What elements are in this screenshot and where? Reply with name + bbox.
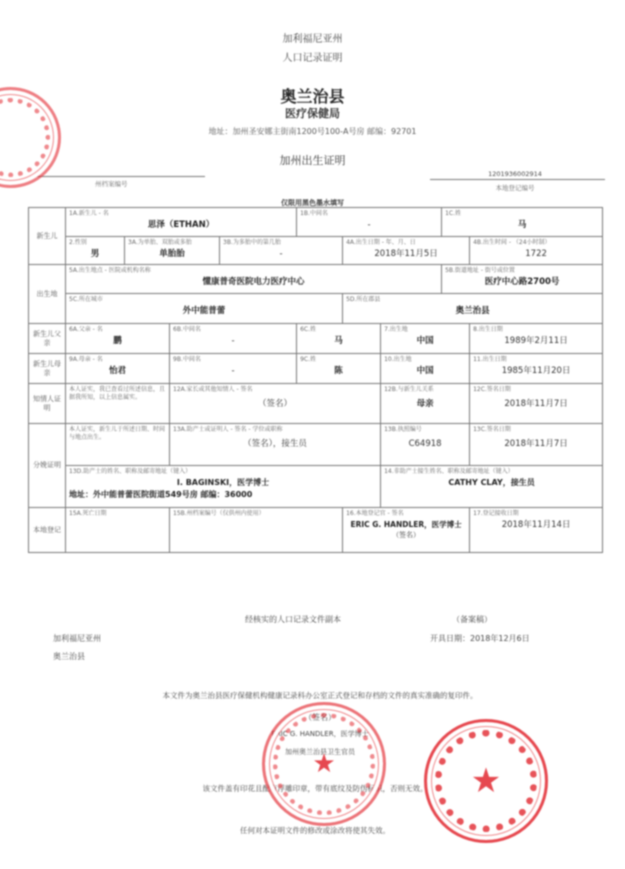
cell-attendant-signature: 13A.助产士或证明人 - 签名 - 学位或职称 （签名），接生员 [170, 424, 381, 466]
star-icon: ★ [312, 751, 335, 777]
footer-state: 加利福尼亚州 [53, 633, 101, 644]
cell-father-dob: 8.出生日期 1989年2月11日 [470, 324, 603, 354]
cell-father-first-name: 6A.父亲 - 名 鹏 [66, 324, 170, 354]
alteration-warning: 任何对本证明文件的修改或涂改将使其失效。 [150, 825, 480, 836]
cell-mother-middle-name: 9B.中间名 - [170, 354, 297, 384]
cell-registration-date: 17.登记接收日期 2018年11月14日 [470, 508, 603, 553]
cell-death-date: 15A.死亡日期 [66, 508, 170, 553]
cell-registrar-signature: 16.本地登记官 - 签名 ERIC G. HANDLER，医学博士 （签名） [343, 508, 470, 553]
table-row: 知情人证明 本人证实，我已查看过所述信息，且据我所知，以上信息属实。 12A.家… [29, 384, 603, 424]
table-row: 新生儿父亲 6A.父亲 - 名 鹏 6B.中间名 - 6C.姓 马 7.出生地 … [29, 324, 603, 354]
certificate-table: 新生儿 1A.新生儿 - 名 思泽（ETHAN） 1B.中间名 - 1C.姓 马… [28, 207, 603, 553]
star-icon: ★ [471, 764, 501, 798]
table-row: 13D.助产士的姓名、职称及邮寄地址（键入） I. BAGINSKI，医学博士 … [29, 466, 603, 508]
birth-certificate-page: 加利福尼亚州 人口记录证明 奥兰治县 医疗保健局 地址：加州圣安娜主街南1200… [0, 0, 625, 869]
cell-county: 5D.所在郡县 奥兰治县 [343, 294, 603, 324]
state-dept: 加利福尼亚州 [0, 30, 625, 45]
cell-mother-last-name: 9C.姓 陈 [297, 354, 381, 384]
cell-father-last-name: 6C.姓 马 [297, 324, 381, 354]
left-field-line [30, 176, 205, 177]
cell-child-middle-name: 1B.中间名 - [297, 208, 442, 237]
agency-address: 地址：加州圣安娜主街南1200号100-A号房 邮编：92701 [0, 126, 625, 137]
cell-informant-signature: 12A.家长或其他知情人 - 签名 （签名） [170, 384, 381, 424]
cell-facility: 5A.出生地点 - 医院或机构名称 懂康普奇医院电力医疗中心 [66, 265, 442, 294]
attendant-statement: 本人证实，新生儿于所述日期、时间与地点出生。 [66, 424, 170, 466]
cell-father-middle-name: 6B.中间名 - [170, 324, 297, 354]
certified-copy-note: （备案稿） [452, 614, 492, 625]
section-attendant: 分娩证明 [29, 424, 66, 508]
agency-title: 医疗保健局 [0, 105, 625, 121]
cell-birth-type: 3A.为单胎、双胎或多胎 单胎胎 [125, 237, 220, 265]
right-field-line [430, 179, 605, 180]
table-row: 新生儿 1A.新生儿 - 名 思泽（ETHAN） 1B.中间名 - 1C.姓 马 [29, 208, 603, 237]
local-registration-label: 本地登记编号 [430, 183, 600, 192]
cell-father-birthplace: 7.出生地 中国 [381, 324, 470, 354]
document-title: 加州出生证明 [0, 152, 625, 168]
cell-child-first-name: 1A.新生儿 - 名 思泽（ETHAN） [66, 208, 297, 237]
official-seal-icon: ★ [262, 702, 386, 826]
cell-birth-order: 3B.为多胎中的第几胎 - [220, 237, 343, 265]
cell-mother-birthplace: 10.出生地 中国 [381, 354, 470, 384]
local-registration-number: 1201936002914 [430, 170, 600, 178]
table-row: 2.性别 男 3A.为单胎、双胎或多胎 单胎胎 3B.为多胎中的第几胎 - 4A… [29, 237, 603, 265]
table-row: 分娩证明 本人证实，新生儿于所述日期、时间与地点出生。 13A.助产士或证明人 … [29, 424, 603, 466]
cell-attendant-date: 13C.签名日期 2018年11月7日 [470, 424, 603, 466]
section-place-of-birth: 出生地 [29, 265, 66, 324]
table-row: 出生地 5A.出生地点 - 医院或机构名称 懂康普奇医院电力医疗中心 5B.街道… [29, 265, 603, 294]
issue-date: 开具日期：2018年12月6日 [430, 633, 530, 644]
state-file-number-label: 州档案编号 [95, 179, 128, 188]
cell-date-of-birth: 4A.出生日期 - 年、月、日 2018年11月5日 [343, 237, 470, 265]
translation-seal-icon: ★ [424, 719, 548, 843]
cell-attendant-name-address: 13D.助产士的姓名、职称及邮寄地址（键入） I. BAGINSKI，医学博士 … [66, 466, 381, 508]
section-child: 新生儿 [29, 208, 66, 265]
cell-sex: 2.性别 男 [66, 237, 125, 265]
cell-city: 5C.所在城市 外中能普蕾 [66, 294, 343, 324]
cell-informant-date: 12C.签名日期 2018年11月7日 [470, 384, 603, 424]
section-father: 新生儿父亲 [29, 324, 66, 354]
county-title: 奥兰治县 [0, 84, 625, 107]
section-informant: 知情人证明 [29, 384, 66, 424]
cell-mother-dob: 11.出生日期 1985年11月20日 [470, 354, 603, 384]
informant-statement: 本人证实，我已查看过所述信息，且据我所知，以上信息属实。 [66, 384, 170, 424]
cell-street-address: 5B.街道地址 - 街号或位置 医疗中心路2700号 [442, 265, 603, 294]
true-copy-statement: 本文件为奥兰治县医疗保健机构健康记录科办公室正式登记和存档的文件的真实准确的复印… [40, 690, 600, 701]
cell-child-last-name: 1C.姓 马 [442, 208, 603, 237]
section-mother: 新生儿母亲 [29, 354, 66, 384]
table-row: 5C.所在城市 外中能普蕾 5D.所在郡县 奥兰治县 [29, 294, 603, 324]
table-row: 新生儿母亲 9A.母亲 - 名 怡君 9B.中间名 - 9C.姓 陈 10.出生… [29, 354, 603, 384]
cell-time-of-birth: 4B.出生时间 - （24小时制） 1722 [470, 237, 603, 265]
cell-state-file-id: 15B.州档案编号（仅供州内使用） [170, 508, 343, 553]
table-row: 本地登记 15A.死亡日期 15B.州档案编号（仅供州内使用） 16.本地登记官… [29, 508, 603, 553]
dept-subtitle: 人口记录证明 [0, 49, 625, 64]
cell-other-attendant: 14.非助产士接生姓名、职称及邮寄地址（键入） CATHY CLAY，接生员 [381, 466, 603, 508]
section-local-registrar: 本地登记 [29, 508, 66, 553]
cell-mother-first-name: 9A.母亲 - 名 怡君 [66, 354, 170, 384]
cell-attendant-license: 13B.执照编号 C64918 [381, 424, 470, 466]
footer-county: 奥兰治县 [53, 651, 85, 662]
cell-informant-relation: 12B.与新生儿关系 母亲 [381, 384, 470, 424]
certified-copy-label: 经核实的人口记录文件副本 [245, 614, 341, 625]
